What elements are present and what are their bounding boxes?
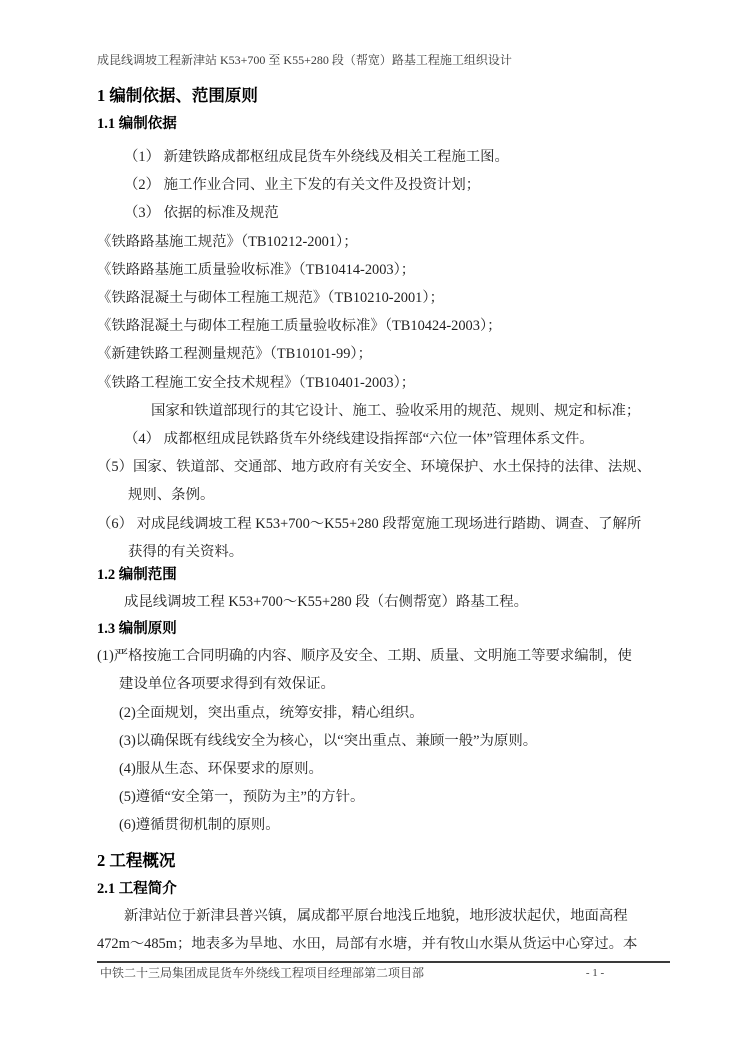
text-line: （3） 依据的标准及规范 — [97, 199, 648, 227]
text-line: (4)服从生态、环保要求的原则。 — [97, 755, 648, 783]
chapter-1-title: 1 编制依据、范围原则 — [97, 81, 648, 111]
text-line: (6)遵循贯彻机制的原则。 — [97, 811, 648, 839]
section-1-1-body: （1） 新建铁路成都枢纽成昆货车外绕线及相关工程施工图。 （2） 施工作业合同、… — [97, 143, 648, 566]
text-line: 新津站位于新津县普兴镇，属成都平原台地浅丘地貌，地形波状起伏，地面高程 — [97, 902, 648, 930]
text-line: （6） 对成昆线调坡工程 K53+700～K55+280 段帮宽施工现场进行踏勘… — [97, 510, 648, 538]
text-line: 国家和铁道部现行的其它设计、施工、验收采用的规范、规则、规定和标准； — [97, 397, 648, 425]
text-line: 《铁路路基施工质量验收标准》（TB10414-2003）； — [97, 256, 648, 284]
text-line: （5）国家、铁道部、交通部、地方政府有关安全、环境保护、水土保持的法律、法规、 — [97, 453, 648, 481]
section-1-3-title: 1.3 编制原则 — [97, 616, 648, 642]
text-line: 建设单位各项要求得到有效保证。 — [97, 670, 648, 698]
text-line: (2)全面规划，突出重点，统筹安排，精心组织。 — [97, 699, 648, 727]
footer-divider — [97, 961, 670, 963]
section-1-2-body: 成昆线调坡工程 K53+700～K55+280 段（右侧帮宽）路基工程。 — [97, 588, 648, 616]
section-1-1-title: 1.1 编制依据 — [97, 111, 648, 137]
text-line: 《新建铁路工程测量规范》（TB10101-99）； — [97, 340, 648, 368]
text-line: 成昆线调坡工程 K53+700～K55+280 段（右侧帮宽）路基工程。 — [97, 588, 648, 616]
section-2-1-body: 新津站位于新津县普兴镇，属成都平原台地浅丘地貌，地形波状起伏，地面高程 472m… — [97, 902, 648, 958]
section-1-3-body: (1)严格按施工合同明确的内容、顺序及安全、工期、质量、文明施工等要求编制，使 … — [97, 642, 648, 839]
text-line: （2） 施工作业合同、业主下发的有关文件及投资计划； — [97, 171, 648, 199]
section-2-1-title: 2.1 工程简介 — [97, 876, 648, 902]
text-line: 472m～485m；地表多为旱地、水田，局部有水塘，并有牧山水渠从货运中心穿过。… — [97, 930, 648, 958]
text-line: 《铁路路基施工规范》（TB10212-2001）； — [97, 228, 648, 256]
text-line: 规则、条例。 — [97, 481, 648, 509]
page-number: - 1 - — [560, 966, 630, 980]
text-line: (1)严格按施工合同明确的内容、顺序及安全、工期、质量、文明施工等要求编制，使 — [97, 642, 648, 670]
footer-company: 中铁二十三局集团成昆货车外绕线工程项目经理部第二项目部 — [100, 966, 424, 980]
text-line: （4） 成都枢纽成昆铁路货车外绕线建设指挥部“六位一体”管理体系文件。 — [97, 425, 648, 453]
document-page: 成昆线调坡工程新津站 K53+700 至 K55+280 段（帮宽）路基工程施工… — [0, 0, 744, 1052]
chapter-2-title: 2 工程概况 — [97, 846, 648, 876]
text-line: 《铁路工程施工安全技术规程》（TB10401-2003）； — [97, 369, 648, 397]
page-header-title: 成昆线调坡工程新津站 K53+700 至 K55+280 段（帮宽）路基工程施工… — [97, 53, 648, 67]
text-line: 《铁路混凝土与砌体工程施工规范》（TB10210-2001）； — [97, 284, 648, 312]
text-line: （1） 新建铁路成都枢纽成昆货车外绕线及相关工程施工图。 — [97, 143, 648, 171]
text-line: (5)遵循“安全第一，预防为主”的方针。 — [97, 783, 648, 811]
text-line: (3)以确保既有线线安全为核心，以“突出重点、兼顾一般”为原则。 — [97, 727, 648, 755]
text-line: 《铁路混凝土与砌体工程施工质量验收标准》（TB10424-2003）； — [97, 312, 648, 340]
